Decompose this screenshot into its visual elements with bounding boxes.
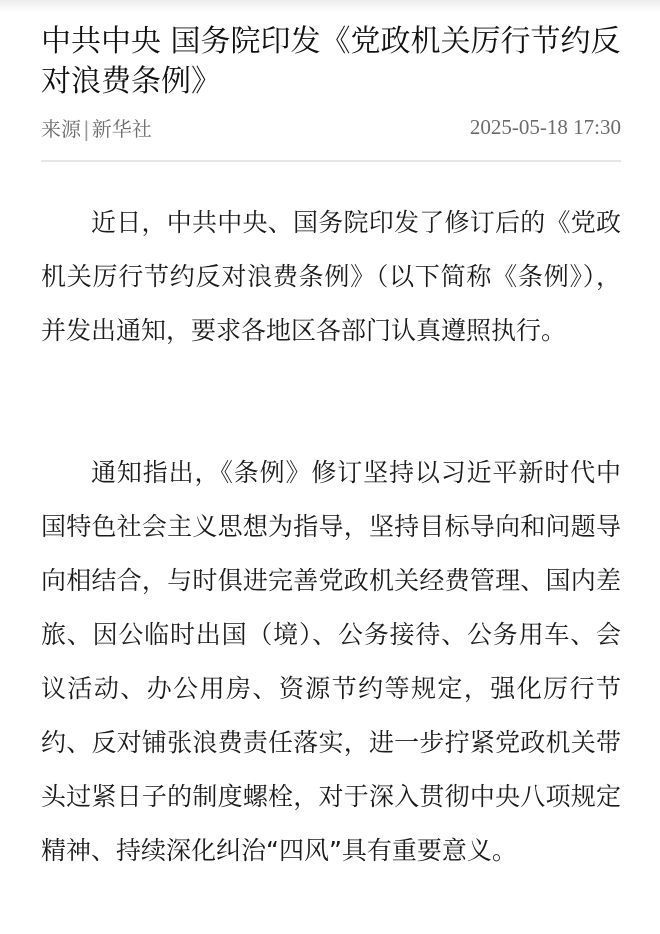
article-paragraph: 通知指出，《条例》修订坚持以习近平新时代中国特色社会主义思想为指导，坚持目标导向… — [41, 446, 621, 878]
source-name[interactable]: 新华社 — [92, 117, 152, 141]
article-title: 中共中央 国务院印发《党政机关厉行节约反对浪费条例》 — [41, 22, 621, 102]
article-paragraph: 近日，中共中央、国务院印发了修订后的《党政机关厉行节约反对浪费条例》（以下简称《… — [41, 196, 621, 358]
meta-divider — [41, 160, 621, 162]
article-meta: 来源|新华社 2025-05-18 17:30 — [41, 112, 621, 142]
publish-date: 2025-05-18 17:30 — [470, 115, 621, 140]
source-separator: | — [83, 117, 90, 141]
source-label: 来源 — [41, 117, 81, 141]
article-source: 来源|新华社 — [41, 113, 152, 142]
top-shadow — [0, 0, 660, 12]
